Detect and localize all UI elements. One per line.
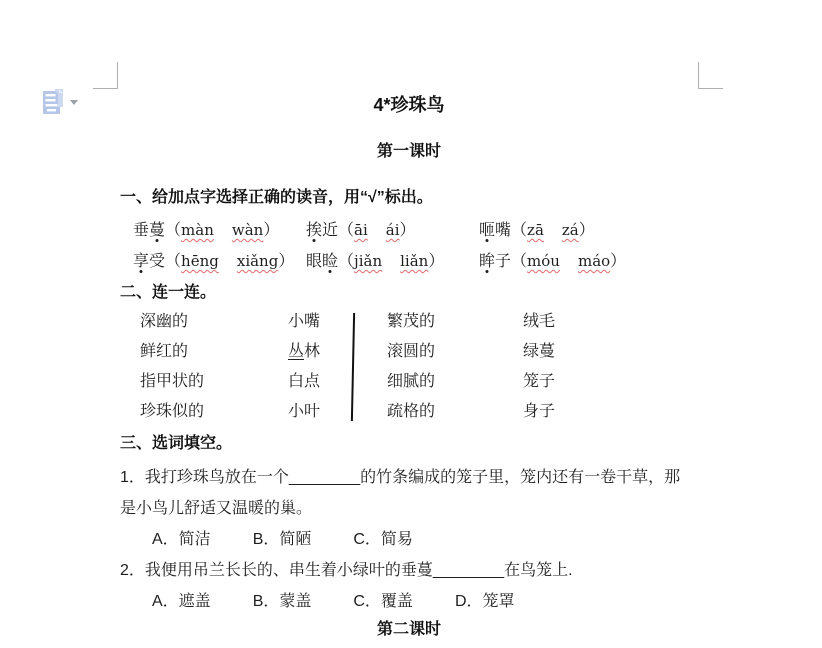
close-paren: ） xyxy=(400,222,416,239)
word-pre: 垂 xyxy=(133,222,149,239)
pinyin-option-1: móu xyxy=(527,252,560,270)
question-2-line-1: 2．我便用吊兰长长的、串生着小绿叶的垂蔓________在鸟笼上. xyxy=(120,555,698,586)
option-b: B．简陋 xyxy=(253,524,312,555)
text-boundary-mark-top-left xyxy=(117,62,118,88)
pinyin-word-item: 眸子（móumáo） xyxy=(479,246,698,277)
question-1-line-1: 1．我打珍珠鸟放在一个________的竹条编成的笼子里，笼内还有一卷干草，那 xyxy=(120,462,698,493)
match-row: 指甲状的 白点 细腻的 笼子 xyxy=(120,367,698,397)
match-left-adjective: 指甲状的 xyxy=(140,367,288,397)
match-right-adjective: 滚圆的 xyxy=(387,337,523,367)
pinyin-option-1: zā xyxy=(527,221,544,239)
question-1-options: A．简洁 B．简陋 C．简易 xyxy=(120,524,698,555)
match-row: 鲜红的 丛林 滚圆的 绿蔓 xyxy=(120,337,698,367)
close-paren: ） xyxy=(278,253,294,270)
section2-heading: 二、连一连。 xyxy=(120,282,698,303)
underlined-char: 丛 xyxy=(288,343,304,360)
open-paren: （ xyxy=(511,222,527,239)
pinyin-option-2: liǎn xyxy=(400,252,428,270)
match-right-noun: 笼子 xyxy=(523,367,555,397)
question-2-options: A．遮盖 B．蒙盖 C．覆盖 D．笼罩 xyxy=(120,586,698,617)
match-left-noun: 白点 xyxy=(288,367,387,397)
match-right-noun: 绿蔓 xyxy=(523,337,555,367)
match-left-adjective: 深幽的 xyxy=(140,307,288,337)
pinyin-option-2: ái xyxy=(386,221,400,239)
option-a: A．遮盖 xyxy=(152,586,211,617)
match-right-adjective: 疏格的 xyxy=(387,397,523,427)
text-boundary-mark-top-left xyxy=(93,88,118,89)
match-left-adjective: 珍珠似的 xyxy=(140,397,288,427)
noun-text: 林 xyxy=(304,343,320,360)
pinyin-word-item: 眼睑（jiǎnliǎn） xyxy=(306,246,479,277)
text-boundary-mark-top-right xyxy=(698,62,699,88)
open-paren: （ xyxy=(165,222,181,239)
word-post: 受 xyxy=(149,253,165,270)
close-paren: ） xyxy=(428,253,444,270)
question-1-line-2: 是小鸟儿舒适又温暖的巢。 xyxy=(120,493,698,524)
doc-title: 4*珍珠鸟 xyxy=(120,88,698,116)
word-post: 嘴 xyxy=(495,222,511,239)
pinyin-option-2: zá xyxy=(562,221,579,239)
text-boundary-mark-top-right xyxy=(698,88,723,89)
pinyin-option-2: wàn xyxy=(232,221,263,239)
match-left-noun: 小叶 xyxy=(288,397,387,427)
pinyin-word-item: 挨近（āiái） xyxy=(306,215,479,246)
word-dotted-char: 享 xyxy=(133,253,149,270)
pinyin-option-1: āi xyxy=(354,221,368,239)
close-paren: ） xyxy=(579,222,595,239)
noun-text: 白点 xyxy=(288,373,320,390)
word-dotted-char: 眸 xyxy=(479,253,495,270)
section3-heading: 三、选词填空。 xyxy=(120,433,698,454)
match-row: 深幽的 小嘴 繁茂的 绒毛 xyxy=(120,307,698,337)
word-dotted-char: 睑 xyxy=(322,253,338,270)
word-post: 近 xyxy=(322,222,338,239)
question-1: 1．我打珍珠鸟放在一个________的竹条编成的笼子里，笼内还有一卷干草，那 … xyxy=(120,462,698,524)
word-post: 子 xyxy=(495,253,511,270)
lesson1-heading: 第一课时 xyxy=(120,141,698,162)
match-left-adjective: 鲜红的 xyxy=(140,337,288,367)
option-a: A．简洁 xyxy=(152,524,211,555)
match-right-noun: 身子 xyxy=(523,397,555,427)
paste-options-icon xyxy=(42,104,66,121)
word-pre: 眼 xyxy=(306,253,322,270)
option-c: C．覆盖 xyxy=(353,586,413,617)
word-document-page: 4*珍珠鸟 第一课时 一、给加点字选择正确的读音，用“√”标出。 垂蔓（mànw… xyxy=(0,0,822,648)
pinyin-word-item: 咂嘴（zāzá） xyxy=(479,215,698,246)
match-right-adjective: 繁茂的 xyxy=(387,307,523,337)
pinyin-word-item: 垂蔓（mànwàn） xyxy=(133,215,306,246)
pinyin-option-1: màn xyxy=(181,221,214,239)
close-paren: ） xyxy=(263,222,279,239)
pinyin-word-item: 享受（hēngxiǎng） xyxy=(133,246,306,277)
match-left-noun: 丛林 xyxy=(288,337,387,367)
word-dotted-char: 蔓 xyxy=(149,222,165,239)
word-dotted-char: 挨 xyxy=(306,222,322,239)
close-paren: ） xyxy=(610,253,626,270)
option-c: C．简易 xyxy=(353,524,413,555)
match-right-noun: 绒毛 xyxy=(523,307,555,337)
open-paren: （ xyxy=(511,253,527,270)
word-dotted-char: 咂 xyxy=(479,222,495,239)
pinyin-option-1: jiǎn xyxy=(354,252,382,270)
paste-options-dropdown-arrow-icon[interactable] xyxy=(70,100,78,105)
pinyin-option-1: hēng xyxy=(181,252,219,270)
noun-text: 小嘴 xyxy=(288,313,320,330)
document-text-area[interactable]: 4*珍珠鸟 第一课时 一、给加点字选择正确的读音，用“√”标出。 垂蔓（mànw… xyxy=(120,88,698,641)
open-paren: （ xyxy=(338,253,354,270)
paste-options-button[interactable] xyxy=(42,87,82,117)
open-paren: （ xyxy=(338,222,354,239)
pinyin-option-2: xiǎng xyxy=(237,252,278,270)
noun-text: 小叶 xyxy=(288,403,320,420)
matching-exercise: 深幽的 小嘴 繁茂的 绒毛 鲜红的 丛林 滚圆的 绿蔓 指甲状的 白点 细腻的 … xyxy=(120,307,698,427)
pinyin-exercise: 垂蔓（mànwàn） 挨近（āiái） 咂嘴（zāzá） 享受（hēngxiǎn… xyxy=(120,215,698,277)
lesson2-heading: 第二课时 xyxy=(120,619,698,641)
option-d: D．笼罩 xyxy=(455,586,515,617)
match-row: 珍珠似的 小叶 疏格的 身子 xyxy=(120,397,698,427)
match-right-adjective: 细腻的 xyxy=(387,367,523,397)
section1-heading: 一、给加点字选择正确的读音，用“√”标出。 xyxy=(120,187,698,208)
match-left-noun: 小嘴 xyxy=(288,307,387,337)
open-paren: （ xyxy=(165,253,181,270)
option-b: B．蒙盖 xyxy=(253,586,312,617)
pinyin-option-2: máo xyxy=(578,252,610,270)
